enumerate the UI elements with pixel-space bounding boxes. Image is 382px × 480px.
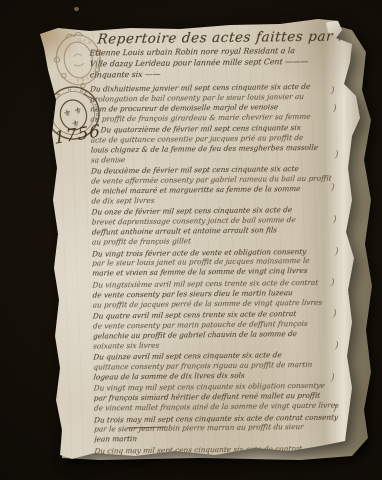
line-end-flourish: ) (335, 150, 339, 160)
fleur-de-lis-icon: ⚜ (63, 109, 73, 121)
line-end-flourish: ) (331, 86, 335, 96)
handwritten-line: cinquante six —— (89, 66, 342, 80)
manuscript-text-column: Repertoire des actes faittes par mdEtien… (89, 28, 346, 466)
fleur-de-lis-icon: ⚜ (73, 106, 83, 118)
handwritten-line: marie et vivien sa femme de la somme de … (92, 266, 345, 279)
line-end-flourish: ) (331, 183, 335, 193)
line-end-flourish: ) (335, 341, 339, 351)
line-end-flourish: ) (333, 104, 337, 114)
manuscript-sheet-wrap: GEN · DE · TOVRS · ⚜ ⚜ ⚜ (0, 0, 382, 480)
line-end-flourish: ) (331, 278, 335, 288)
line-end-flourish: ) (333, 215, 337, 225)
line-end-flourish: ) (333, 309, 337, 319)
manuscript-entries: Du dixhuitiesme janvier mil sept cens ci… (90, 81, 347, 466)
line-end-flourish: ) (331, 373, 335, 383)
handwritten-line: Du cinq may mil sept cens cinquante six … (94, 443, 347, 456)
handwritten-line: de vincent mallet françois ainé de la so… (94, 401, 347, 414)
manuscript-sheet: GEN · DE · TOVRS · ⚜ ⚜ ⚜ (0, 0, 382, 480)
manuscript-heading: Repertoire des actes faittes par mdEtien… (89, 28, 342, 80)
handwritten-line: jean martin (94, 432, 347, 445)
handwritten-line: au proffit de françois gillet (91, 235, 344, 248)
line-end-flourish: ) (333, 404, 337, 414)
line-end-flourish: ) (335, 247, 339, 257)
archival-photo: GEN · DE · TOVRS · ⚜ ⚜ ⚜ (0, 0, 382, 480)
